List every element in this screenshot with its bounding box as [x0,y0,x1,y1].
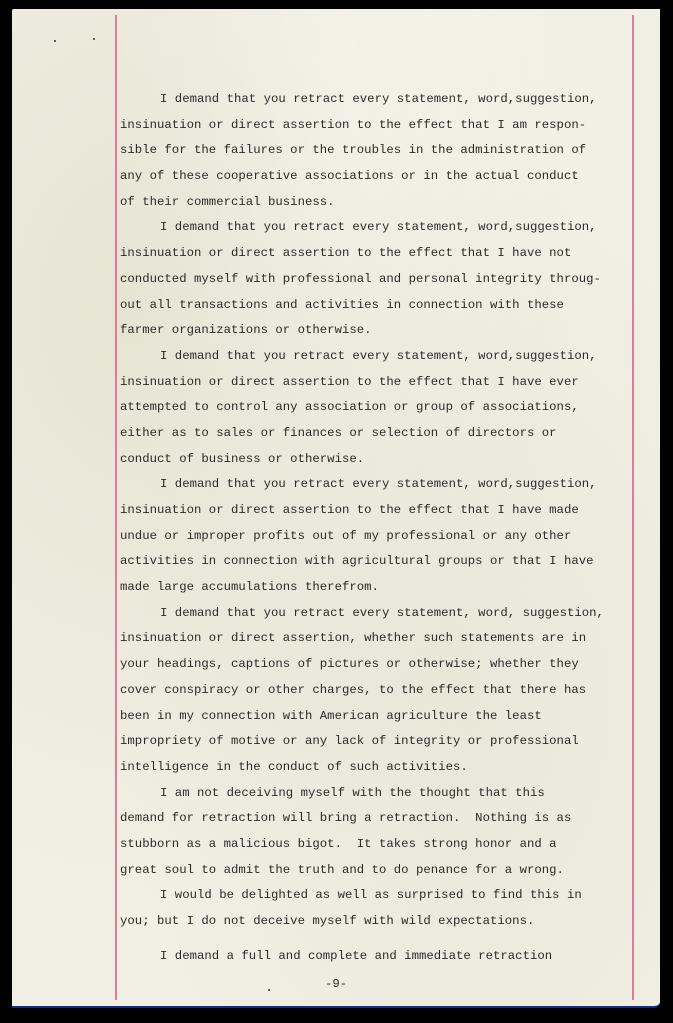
text-line: impropriety of motive or any lack of int… [120,729,640,755]
text-line: I demand that you retract every statemen… [120,215,640,241]
text-line: made large accumulations therefrom. [120,575,640,601]
paragraph-gap [120,935,640,944]
text-line: you; but I do not deceive myself with wi… [120,909,640,935]
text-line: any of these cooperative associations or… [120,164,640,190]
text-line: undue or improper profits out of my prof… [120,524,640,550]
text-line: great soul to admit the truth and to do … [120,858,640,884]
text-line: I demand a full and complete and immedia… [120,944,640,970]
text-line: demand for retraction will bring a retra… [120,806,640,832]
text-line: insinuation or direct assertion to the e… [120,113,640,139]
text-line: cover conspiracy or other charges, to th… [120,678,640,704]
text-line: stubborn as a malicious bigot. It takes … [120,832,640,858]
left-margin-line [115,15,117,1000]
text-line: insinuation or direct assertion to the e… [120,241,640,267]
page-number: -9- [325,977,347,991]
text-line: I demand that you retract every statemen… [120,344,640,370]
paragraph: I am not deceiving myself with the thoug… [120,781,640,884]
paragraph: I would be delighted as well as surprise… [120,883,640,934]
paragraph: I demand that you retract every statemen… [120,87,640,215]
document-page: I demand that you retract every statemen… [12,9,660,1008]
typed-letter-body: I demand that you retract every statemen… [120,87,640,969]
text-line: I would be delighted as well as surprise… [120,883,640,909]
paragraph: I demand a full and complete and immedia… [120,944,640,970]
text-line: I demand that you retract every statemen… [120,472,640,498]
text-line: activities in connection with agricultur… [120,549,640,575]
text-line: intelligence in the conduct of such acti… [120,755,640,781]
text-line: conduct of business or otherwise. [120,447,640,473]
text-line: out all transactions and activities in c… [120,293,640,319]
text-line: your headings, captions of pictures or o… [120,652,640,678]
text-line: insinuation or direct assertion to the e… [120,370,640,396]
text-line: I demand that you retract every statemen… [120,87,640,113]
text-line: insinuation or direct assertion, whether… [120,626,640,652]
text-line: of their commercial business. [120,190,640,216]
paragraph: I demand that you retract every statemen… [120,472,640,600]
text-line: conducted myself with professional and p… [120,267,640,293]
text-line: I am not deceiving myself with the thoug… [120,781,640,807]
text-line: sible for the failures or the troubles i… [120,138,640,164]
text-line: attempted to control any association or … [120,395,640,421]
paragraph: I demand that you retract every statemen… [120,215,640,343]
paper-speck [268,989,270,991]
paper-speck [93,38,95,40]
text-line: I demand that you retract every statemen… [120,601,640,627]
paragraph: I demand that you retract every statemen… [120,601,640,781]
text-line: insinuation or direct assertion to the e… [120,498,640,524]
paper-speck [54,40,56,42]
text-line: farmer organizations or otherwise. [120,318,640,344]
text-line: been in my connection with American agri… [120,704,640,730]
text-line: either as to sales or finances or select… [120,421,640,447]
paragraph: I demand that you retract every statemen… [120,344,640,472]
